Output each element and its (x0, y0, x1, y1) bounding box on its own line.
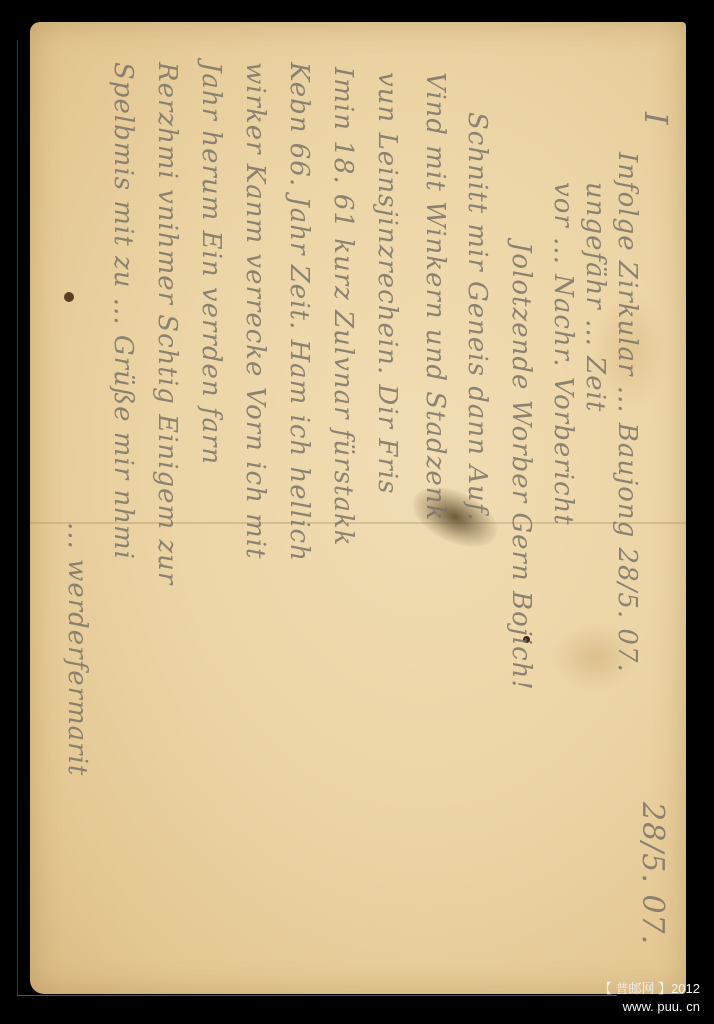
watermark-site-name: 【 普邮网 】2012 (599, 980, 700, 998)
handwritten-line: Rerzhmi vnihmer Schtig Einigem zur (152, 62, 182, 585)
handwritten-line: vor ... Nachr. Vorbericht (548, 182, 578, 526)
handwritten-line: vun Leinsjinzrechein. Dir Fris (372, 72, 402, 494)
handwritten-line: Jolotzende Worber Gern Bojich! (506, 242, 536, 691)
handwritten-line: Jahr herum Ein verrden farn (196, 62, 226, 465)
watermark: 【 普邮网 】2012 www. puu. cn (599, 980, 700, 1016)
date-text: 28/5. 07. (635, 802, 670, 945)
postcard-back: I 28/5. 07. Infolge Zirkular ... Baujong… (30, 22, 686, 994)
handwritten-line: Schnitt mir Geneis dann Auf. (462, 112, 492, 522)
handwritten-line: ... werderfermarit (62, 522, 92, 776)
handwritten-line: Infolge Zirkular ... Baujong 28/5. 07. (612, 152, 642, 673)
page-marker: I (637, 112, 675, 126)
handwritten-line: Vind mit Winkern und Stadzenk (420, 72, 450, 521)
handwritten-line: Imin 18. 61 kurz Zulvnar fürstakk (328, 67, 358, 546)
watermark-url: www. puu. cn (599, 998, 700, 1016)
handwritten-line: wirker Kanm verrecke Vorn ich mit (240, 62, 270, 560)
scan-border-left (17, 40, 18, 995)
handwritten-line: ungefähr ... Zeit (580, 182, 610, 412)
scan-border-bottom (17, 995, 617, 996)
handwritten-line: Spelbmis mit zu ... Grüße mir nhmi (108, 62, 138, 560)
handwriting-area: I 28/5. 07. Infolge Zirkular ... Baujong… (30, 22, 686, 994)
handwritten-line: Kebn 66. Jahr Zeit. Ham ich hellich (284, 62, 314, 562)
